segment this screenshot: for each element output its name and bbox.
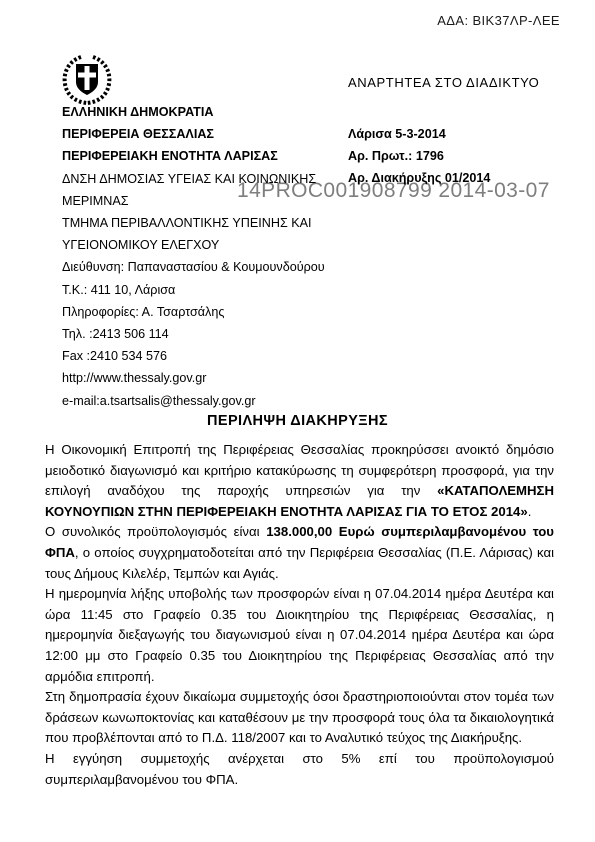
doc-meta-block: Λάρισα 5-3-2014 Αρ. Πρωτ.: 1796 Αρ. Διακ… [348,123,568,190]
issuer-line-address: Διεύθυνση: Παπαναστασίου & Κουμουνδούρου [62,256,357,278]
issuer-line-fax: Fax :2410 534 576 [62,345,357,367]
paragraph-budget: Ο συνολικός προϋπολογισμός είναι 138.000… [45,522,554,584]
issuer-line-unit: ΠΕΡΙΦΕΡΕΙΑΚΗ ΕΝΟΤΗΤΑ ΛΑΡΙΣΑΣ [62,145,357,167]
document-body: Η Οικονομική Επιτροπή της Περιφέρειας Θε… [45,440,554,790]
paragraph-deadline: Η ημερομηνία λήξης υποβολής των προσφορώ… [45,584,554,687]
ada-code: ΑΔΑ: ΒΙΚ37ΛΡ-ΛΕΕ [437,13,560,28]
issuer-line-postcode: Τ.Κ.: 411 10, Λάρισα [62,279,357,301]
issuer-line-email: e-mail:a.tsartsalis@thessaly.gov.gr [62,390,357,412]
issuer-line-phone: Τηλ. :2413 506 114 [62,323,357,345]
issuer-line-directorate2: ΜΕΡΙΜΝΑΣ [62,190,357,212]
issuer-line-website: http://www.thessaly.gov.gr [62,367,357,389]
document-page: ΑΔΑ: ΒΙΚ37ΛΡ-ΛΕΕ ΑΝΑΡΤΗΤΕΑ ΣΤΟ ΔΙΑΔΙΚΤΥΟ… [0,0,595,842]
meta-place-date: Λάρισα 5-3-2014 [348,123,568,145]
issuer-line-department2: ΥΓΕΙΟΝΟΜΙΚΟΥ ΕΛΕΓΧΟΥ [62,234,357,256]
paragraph-eligibility: Στη δημοπρασία έχουν δικαίωμα συμμετοχής… [45,687,554,749]
issuer-line-contact: Πληροφορίες: Α. Τσαρτσάλης [62,301,357,323]
issuer-line-department: ΤΜΗΜΑ ΠΕΡΙΒΑΛΛΟΝΤΙΚΗΣ ΥΠΕΙΝΗΣ ΚΑΙ [62,212,357,234]
greek-national-emblem-icon [61,54,113,106]
issuer-line-republic: ΕΛΛΗΝΙΚΗ ΔΗΜΟΚΡΑΤΙΑ [62,101,357,123]
meta-protocol-number: Αρ. Πρωτ.: 1796 [348,145,568,167]
paragraph-tender-announcement: Η Οικονομική Επιτροπή της Περιφέρειας Θε… [45,440,554,522]
meta-tender-number: Αρ. Διακήρυξης 01/2014 [348,167,568,189]
document-title: ΠΕΡΙΛΗΨΗ ΔΙΑΚΗΡΥΞΗΣ [0,413,595,429]
issuer-block: ΕΛΛΗΝΙΚΗ ΔΗΜΟΚΡΑΤΙΑ ΠΕΡΙΦΕΡΕΙΑ ΘΕΣΣΑΛΙΑΣ… [62,101,357,412]
issuer-line-region: ΠΕΡΙΦΕΡΕΙΑ ΘΕΣΣΑΛΙΑΣ [62,123,357,145]
anartitea-label: ΑΝΑΡΤΗΤΕΑ ΣΤΟ ΔΙΑΔΙΚΤΥΟ [348,75,539,90]
paragraph-guarantee: Η εγγύηση συμμετοχής ανέρχεται στο 5% επ… [45,749,554,790]
issuer-line-directorate: ΔΝΣΗ ΔΗΜΟΣΙΑΣ ΥΓΕΙΑΣ ΚΑΙ ΚΟΙΝΩΝΙΚΗΣ [62,168,357,190]
